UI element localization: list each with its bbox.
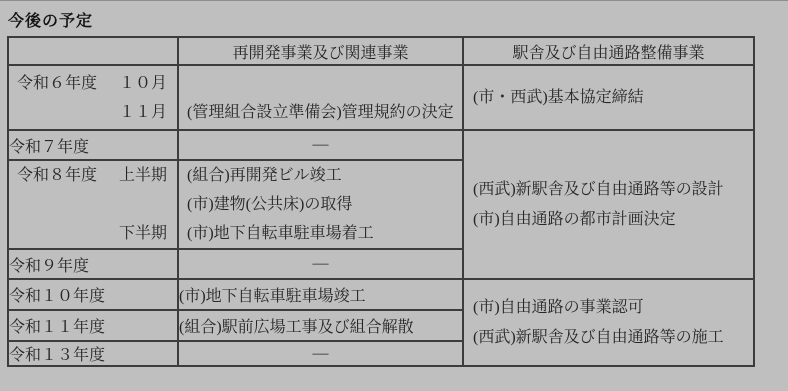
station-item: (市)自由通路の都市計画決定 — [464, 205, 753, 235]
redev-cell-reiwa8: (組合)再開発ビル竣工 (市)建物(公共床)の取得 (市)地下自転車駐車場着工 — [178, 160, 463, 249]
year-cell-reiwa11: 令和１１年度 — [8, 310, 178, 341]
redev-cell-reiwa7-dash: ― — [178, 130, 463, 160]
page-title: 今後の予定 — [8, 8, 93, 31]
redev-cell-reiwa13-dash: ― — [178, 341, 463, 366]
row-reiwa6: 令和６年度 １０月 １１月 (管理組合設立準備会)管理規約の決定 (市・西武)基… — [8, 65, 754, 130]
year-line: 令和８年度 上半期 — [9, 161, 177, 190]
row-reiwa10: 令和１０年度 (市)地下自転車駐車場竣工 (市)自由通路の事業認可 (西武)新駅… — [8, 279, 754, 310]
month-label-oct: １０月 — [119, 69, 167, 98]
station-item: (市・西武)基本協定締結 — [464, 83, 753, 112]
year-line: 下半期 — [9, 219, 177, 248]
redev-item: (管理組合設立準備会)管理規約の決定 — [179, 98, 462, 127]
redev-item: (組合)再開発ビル竣工 — [179, 161, 462, 190]
year-cell-reiwa8: 令和８年度 上半期 下半期 — [8, 160, 178, 249]
year-cell-reiwa6: 令和６年度 １０月 １１月 — [8, 65, 178, 130]
period-label-first-half: 上半期 — [119, 161, 167, 190]
redev-item: (市)地下自転車駐車場着工 — [179, 219, 462, 248]
year-line: １１月 — [9, 98, 177, 127]
year-cell-reiwa7: 令和７年度 — [8, 130, 178, 160]
era-label-reiwa8: 令和８年度 — [17, 161, 97, 190]
header-row: 再開発事業及び関連事業 駅舎及び自由通路整備事業 — [8, 37, 754, 65]
redev-cell-reiwa9-dash: ― — [178, 249, 463, 279]
header-cell-empty — [8, 37, 178, 65]
station-cell-merged-construction: (市)自由通路の事業認可 (西武)新駅舎及び自由通路等の施工 — [463, 279, 754, 366]
empty-line — [9, 190, 177, 219]
year-cell-reiwa10: 令和１０年度 — [8, 279, 178, 310]
station-cell-reiwa6: (市・西武)基本協定締結 — [463, 65, 754, 130]
top-edge-line — [0, 0, 788, 1]
redev-item: (市)建物(公共床)の取得 — [179, 190, 462, 219]
year-cell-reiwa9: 令和９年度 — [8, 249, 178, 279]
period-label-second-half: 下半期 — [119, 219, 167, 248]
month-label-nov: １１月 — [119, 98, 167, 127]
year-cell-reiwa13: 令和１３年度 — [8, 341, 178, 366]
document-page: 今後の予定 再開発事業及び関連事業 駅舎及び自由通路整備事業 令和６年度 １０月… — [0, 0, 788, 391]
station-item: (西武)新駅舎及び自由通路等の設計 — [464, 175, 753, 205]
empty-line — [179, 69, 462, 98]
redev-cell-reiwa10: (市)地下自転車駐車場竣工 — [178, 279, 463, 310]
station-cell-merged-design: (西武)新駅舎及び自由通路等の設計 (市)自由通路の都市計画決定 — [463, 130, 754, 279]
header-cell-station: 駅舎及び自由通路整備事業 — [463, 37, 754, 65]
redev-cell-reiwa11: (組合)駅前広場工事及び組合解散 — [178, 310, 463, 341]
station-item: (西武)新駅舎及び自由通路等の施工 — [464, 323, 753, 353]
row-reiwa7: 令和７年度 ― (西武)新駅舎及び自由通路等の設計 (市)自由通路の都市計画決定 — [8, 130, 754, 160]
header-cell-redevelopment: 再開発事業及び関連事業 — [178, 37, 463, 65]
schedule-table: 再開発事業及び関連事業 駅舎及び自由通路整備事業 令和６年度 １０月 １１月 (… — [7, 36, 755, 367]
era-label-reiwa6: 令和６年度 — [17, 69, 97, 98]
station-item: (市)自由通路の事業認可 — [464, 293, 753, 323]
redev-cell-reiwa6: (管理組合設立準備会)管理規約の決定 — [178, 65, 463, 130]
year-line: 令和６年度 １０月 — [9, 69, 177, 98]
